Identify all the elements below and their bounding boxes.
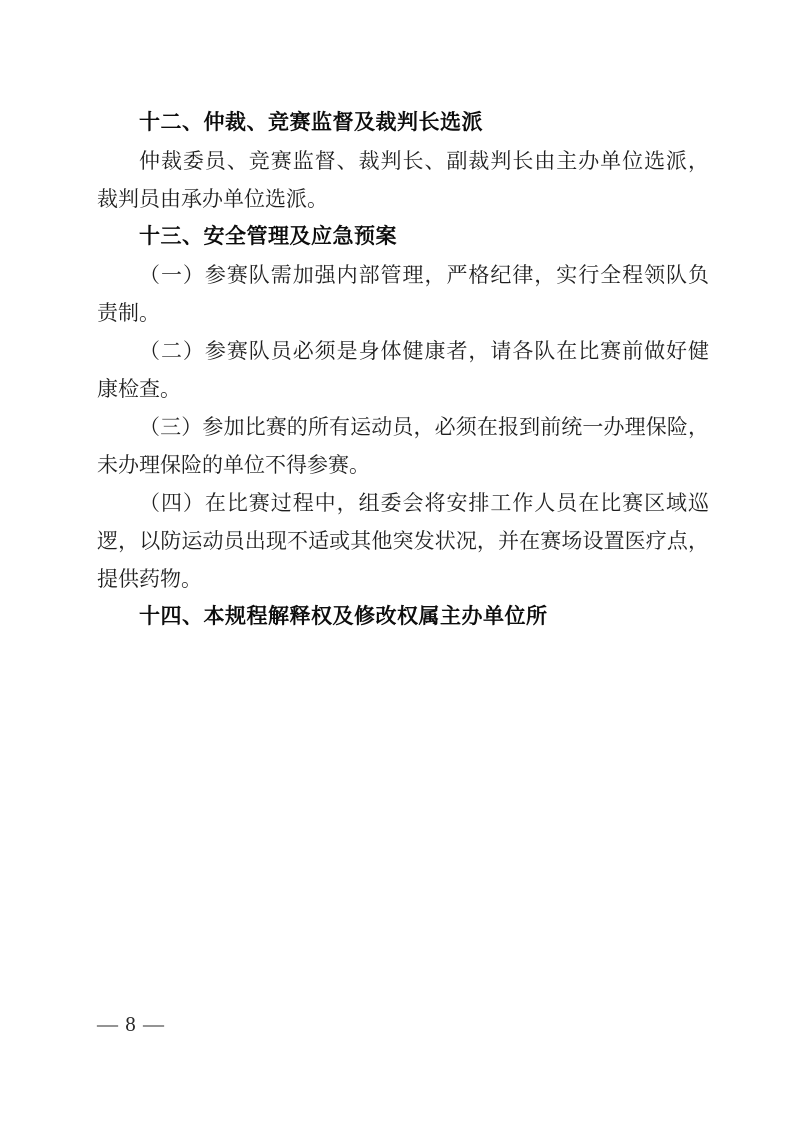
paragraph: 仲裁委员、竞赛监督、裁判长、副裁判长由主办单位选派，裁判员由承办单位选派。	[97, 142, 709, 218]
paragraph: （三）参加比赛的所有运动员，必须在报到前统一办理保险，未办理保险的单位不得参赛。	[97, 408, 709, 484]
page-footer: — 8 —	[97, 1010, 165, 1038]
text-line: （三）参加比赛的所有运动员，必须在报到前统一办理保险，	[97, 408, 709, 446]
text-line: （二）参赛队员必须是身体健康者，请各队在比赛前做好健	[97, 332, 709, 370]
text-line: （一）参赛队需加强内部管理，严格纪律，实行全程领队负	[97, 256, 709, 294]
paragraph: （二）参赛队员必须是身体健康者，请各队在比赛前做好健康检查。	[97, 332, 709, 408]
heading-line: 十四、本规程解释权及修改权属主办单位所	[97, 598, 709, 636]
heading-line: 十三、安全管理及应急预案	[97, 218, 709, 256]
text-line: 逻，以防运动员出现不适或其他突发状况，并在赛场设置医疗点，	[97, 522, 709, 560]
section-heading-14: 十四、本规程解释权及修改权属主办单位所	[97, 598, 709, 636]
paragraph: （四）在比赛过程中，组委会将安排工作人员在比赛区域巡逻，以防运动员出现不适或其他…	[97, 484, 709, 598]
text-line: 裁判员由承办单位选派。	[97, 180, 709, 218]
heading-line: 十二、仲裁、竞赛监督及裁判长选派	[97, 104, 709, 142]
section-heading-12: 十二、仲裁、竞赛监督及裁判长选派	[97, 104, 709, 142]
paragraph: （一）参赛队需加强内部管理，严格纪律，实行全程领队负责制。	[97, 256, 709, 332]
text-line: 责制。	[97, 294, 709, 332]
page-number: — 8 —	[97, 1012, 165, 1036]
section-heading-13: 十三、安全管理及应急预案	[97, 218, 709, 256]
text-line: 仲裁委员、竞赛监督、裁判长、副裁判长由主办单位选派，	[97, 142, 709, 180]
document-page: 十二、仲裁、竞赛监督及裁判长选派 仲裁委员、竞赛监督、裁判长、副裁判长由主办单位…	[0, 0, 800, 1131]
text-line: 未办理保险的单位不得参赛。	[97, 446, 709, 484]
text-line: 提供药物。	[97, 560, 709, 598]
document-body: 十二、仲裁、竞赛监督及裁判长选派 仲裁委员、竞赛监督、裁判长、副裁判长由主办单位…	[97, 104, 709, 636]
text-line: 康检查。	[97, 370, 709, 408]
text-line: （四）在比赛过程中，组委会将安排工作人员在比赛区域巡	[97, 484, 709, 522]
